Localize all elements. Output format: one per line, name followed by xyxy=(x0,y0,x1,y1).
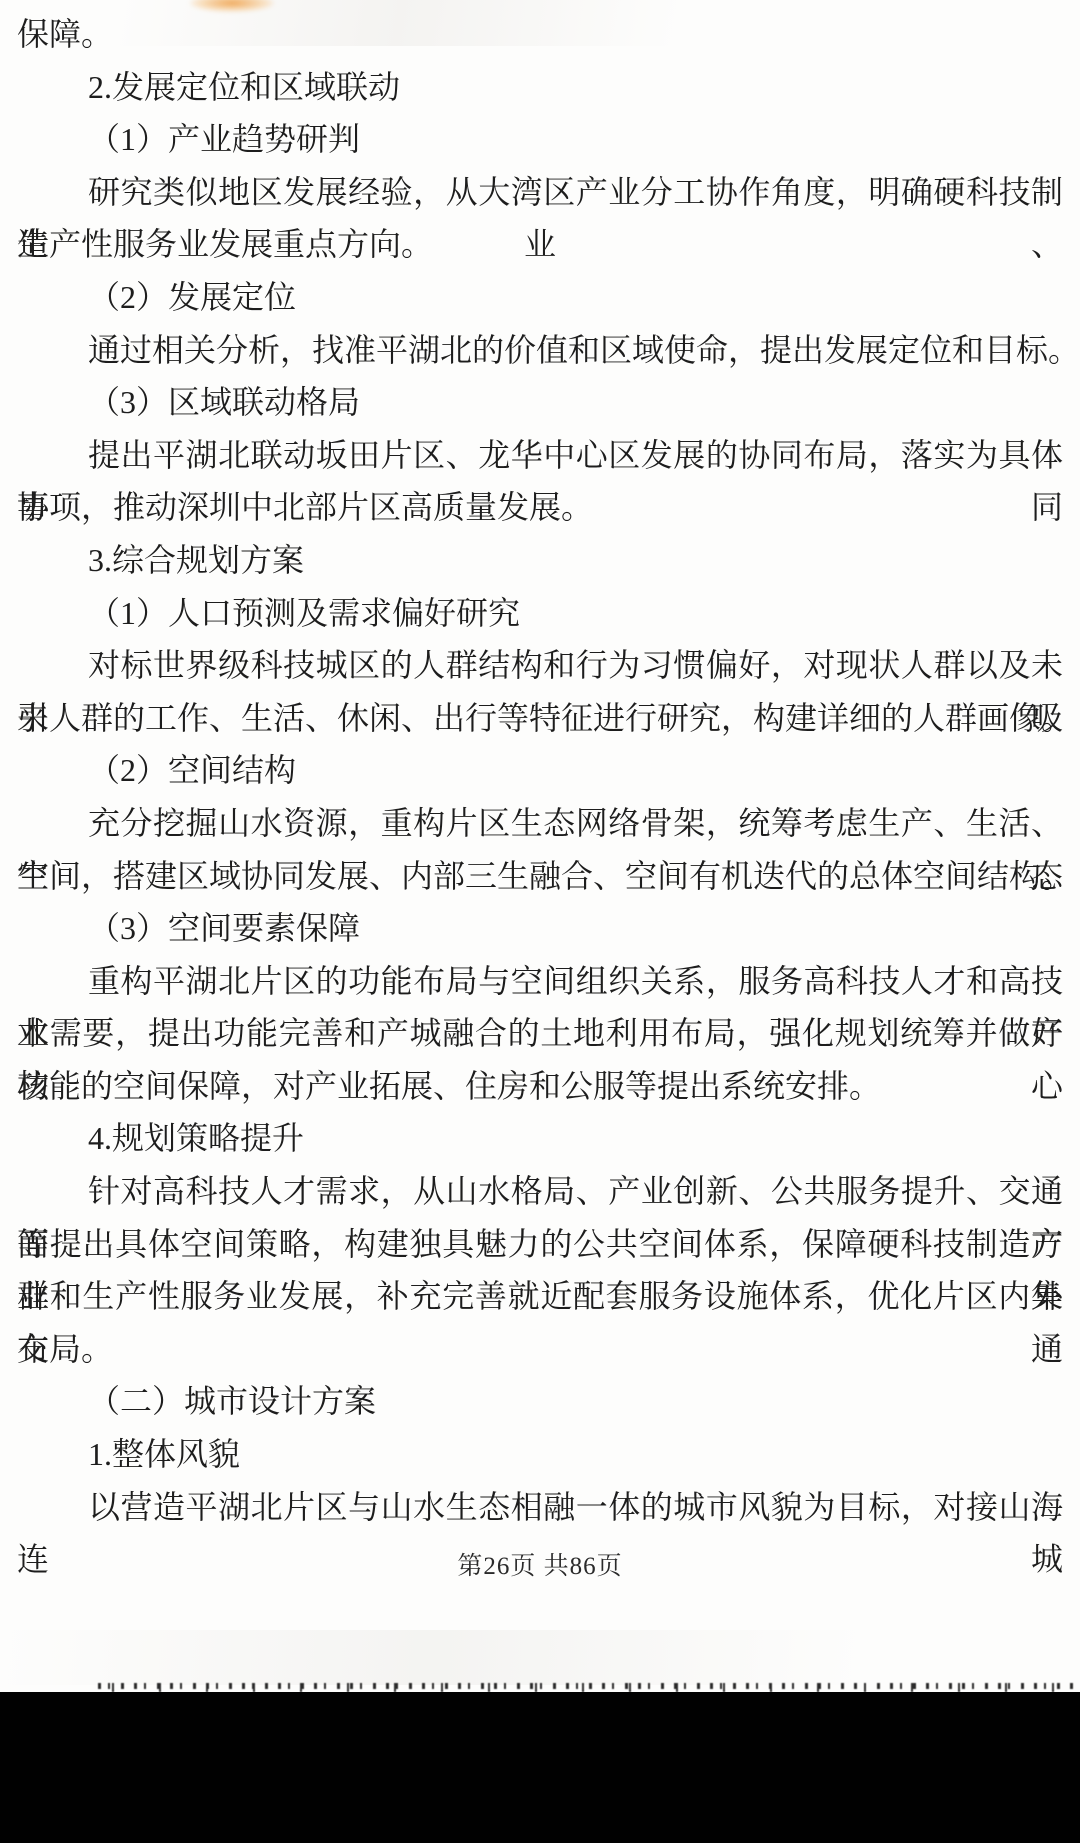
doc-line: 重构平湖北片区的功能布局与空间组织关系，服务高科技人才和高技术产 xyxy=(17,955,1063,1008)
doc-line: 研究类似地区发展经验，从大湾区产业分工协作角度，明确硬科技制造业、 xyxy=(17,166,1063,219)
doc-heading-line: （3）空间要素保障 xyxy=(17,902,1063,955)
doc-heading-line: 2.发展定位和区域联动 xyxy=(17,61,1063,114)
document-page: 保障。 2.发展定位和区域联动 （1）产业趋势研判 研究类似地区发展经验，从大湾… xyxy=(0,0,1080,1692)
doc-line: 提出平湖北联动坂田片区、龙华中心区发展的协同布局，落实为具体协同 xyxy=(17,429,1063,482)
doc-line: 保障。 xyxy=(17,8,1063,61)
cropped-next-line-artifact xyxy=(98,1683,1080,1692)
doc-heading-line: （1）人口预测及需求偏好研究 xyxy=(17,587,1063,640)
doc-line: 以营造平湖北片区与山水生态相融一体的城市风貌为目标，对接山海连城 xyxy=(17,1481,1063,1534)
doc-line: 针对高科技人才需求，从山水格局、产业创新、公共服务提升、交通等方 xyxy=(17,1165,1063,1218)
doc-heading-line: （2）空间结构 xyxy=(17,744,1063,797)
doc-line: 群和生产性服务业发展，补充完善就近配套服务设施体系，优化片区内外交通 xyxy=(17,1270,1063,1323)
doc-heading-line: 1.整体风貌 xyxy=(17,1428,1063,1481)
doc-heading-line: （2）发展定位 xyxy=(17,271,1063,324)
doc-line: 面提出具体空间策略，构建独具魅力的公共空间体系，保障硬科技制造产业集 xyxy=(17,1218,1063,1271)
page-footer: 第26页 共86页 xyxy=(0,1550,1080,1584)
doc-line: 通过相关分析，找准平湖北的价值和区域使命，提出发展定位和目标。 xyxy=(17,324,1063,377)
doc-heading-line: （3）区域联动格局 xyxy=(17,376,1063,429)
doc-heading-line: 3.综合规划方案 xyxy=(17,534,1063,587)
doc-heading-line: （1）产业趋势研判 xyxy=(17,113,1063,166)
doc-line: 空间，搭建区域协同发展、内部三生融合、空间有机迭代的总体空间结构。 xyxy=(17,850,1063,903)
document-body: 保障。 2.发展定位和区域联动 （1）产业趋势研判 研究类似地区发展经验，从大湾… xyxy=(17,8,1063,1533)
doc-heading-line: （二）城市设计方案 xyxy=(17,1375,1063,1428)
doc-line: 业需要，提出功能完善和产城融合的土地利用布局，强化规划统筹并做好核心 xyxy=(17,1007,1063,1060)
letterbox-bottom xyxy=(0,1692,1080,1843)
doc-line: 对标世界级科技城区的人群结构和行为习惯偏好，对现状人群以及未来吸 xyxy=(17,639,1063,692)
doc-line: 充分挖掘山水资源，重构片区生态网络骨架，统筹考虑生产、生活、生态 xyxy=(17,797,1063,850)
doc-line: 引人群的工作、生活、休闲、出行等特征进行研究，构建详细的人群画像。 xyxy=(17,692,1063,745)
doc-heading-line: 4.规划策略提升 xyxy=(17,1112,1063,1165)
scan-streak xyxy=(0,1630,1080,1685)
